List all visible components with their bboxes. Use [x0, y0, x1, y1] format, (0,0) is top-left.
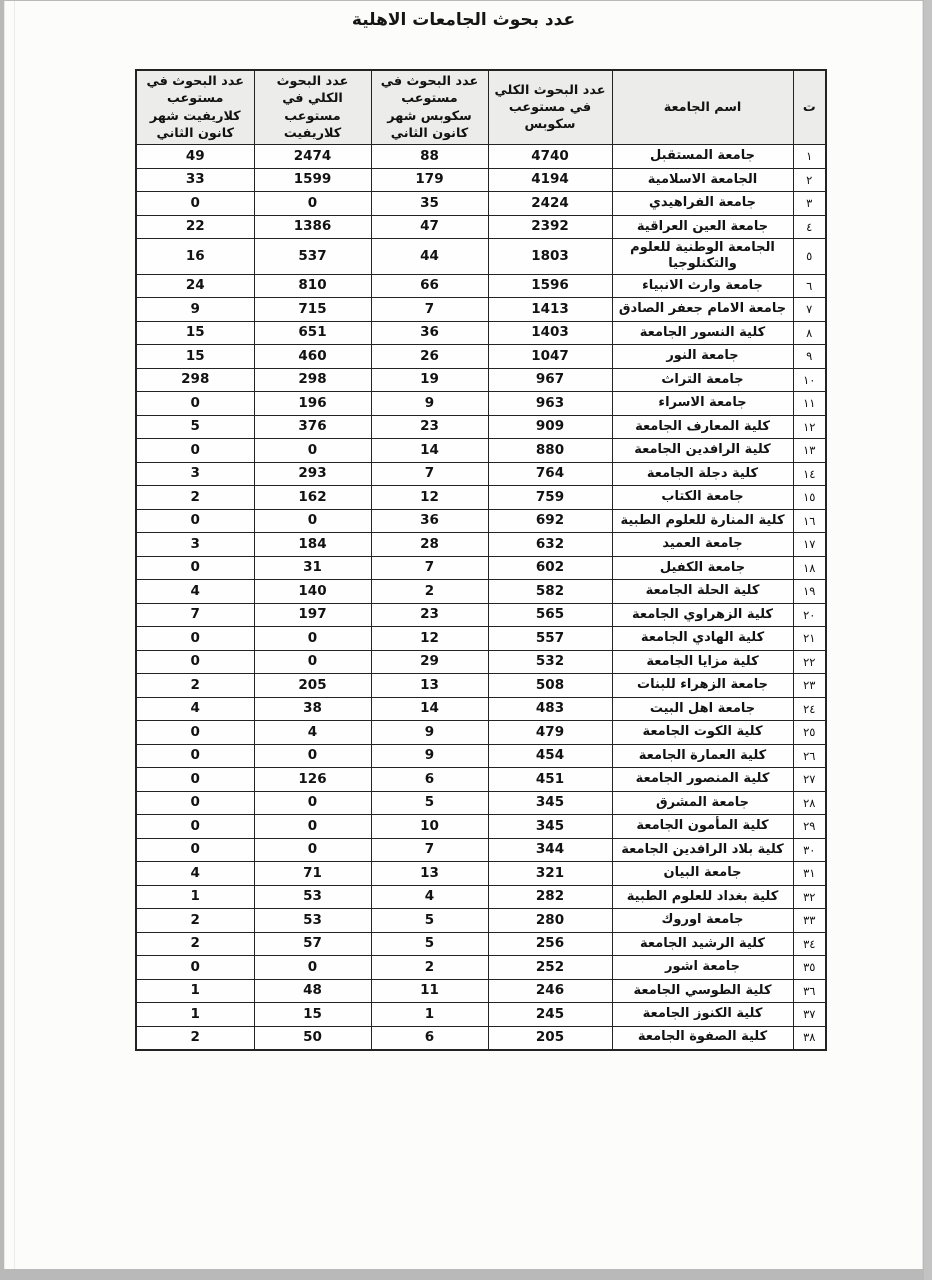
scopus-jan-cell: 28: [371, 533, 488, 557]
university-name-cell: جامعة الزهراء للبنات: [612, 674, 793, 698]
scopus-total-cell: 252: [488, 956, 612, 980]
scopus-total-cell: 345: [488, 791, 612, 815]
row-number-cell: ٢٤: [793, 697, 826, 721]
clarivate-jan-cell: 0: [136, 509, 254, 533]
clarivate-jan-cell: 2: [136, 932, 254, 956]
clarivate-jan-cell: 33: [136, 168, 254, 192]
university-name-cell: جامعة العين العراقية: [612, 215, 793, 239]
scopus-total-cell: 764: [488, 462, 612, 486]
scopus-total-cell: 1803: [488, 239, 612, 275]
clarivate-jan-cell: 22: [136, 215, 254, 239]
scopus-total-cell: 532: [488, 650, 612, 674]
scopus-total-cell: 344: [488, 838, 612, 862]
table-row: ٣١جامعة البيان32113714: [136, 862, 826, 886]
row-number-cell: ٣٣: [793, 909, 826, 933]
clarivate-jan-cell: 2: [136, 674, 254, 698]
scopus-total-cell: 2392: [488, 215, 612, 239]
university-name-cell: كلية مزايا الجامعة: [612, 650, 793, 674]
scopus-jan-cell: 14: [371, 697, 488, 721]
row-number-cell: ٢٨: [793, 791, 826, 815]
university-name-cell: جامعة المشرق: [612, 791, 793, 815]
table-row: ١٠جامعة التراث96719298298: [136, 368, 826, 392]
university-name-cell: جامعة الكتاب: [612, 486, 793, 510]
scopus-jan-cell: 7: [371, 462, 488, 486]
university-name-cell: جامعة الامام جعفر الصادق: [612, 298, 793, 322]
university-name-cell: جامعة الاسراء: [612, 392, 793, 416]
clarivate-total-cell: 293: [254, 462, 371, 486]
university-name-cell: جامعة النور: [612, 345, 793, 369]
university-name-cell: كلية المنصور الجامعة: [612, 768, 793, 792]
row-number-cell: ٣٤: [793, 932, 826, 956]
scopus-total-cell: 1403: [488, 321, 612, 345]
table-row: ٢٧كلية المنصور الجامعة45161260: [136, 768, 826, 792]
university-name-cell: كلية الكنوز الجامعة: [612, 1003, 793, 1027]
scopus-total-cell: 479: [488, 721, 612, 745]
scopus-total-cell: 692: [488, 509, 612, 533]
clarivate-jan-cell: 4: [136, 580, 254, 604]
clarivate-total-cell: 537: [254, 239, 371, 275]
document-page: عدد بحوث الجامعات الاهلية ت اسم الجامعة …: [4, 1, 923, 1269]
page-title: عدد بحوث الجامعات الاهلية: [5, 10, 922, 30]
clarivate-total-cell: 140: [254, 580, 371, 604]
scopus-jan-cell: 6: [371, 768, 488, 792]
scopus-jan-cell: 7: [371, 838, 488, 862]
clarivate-jan-cell: 4: [136, 862, 254, 886]
clarivate-jan-cell: 24: [136, 274, 254, 298]
row-number-cell: ١١: [793, 392, 826, 416]
header-row-number: ت: [793, 70, 826, 145]
table-row: ٢٤جامعة اهل البيت48314384: [136, 697, 826, 721]
clarivate-total-cell: 48: [254, 979, 371, 1003]
clarivate-jan-cell: 15: [136, 345, 254, 369]
scopus-total-cell: 602: [488, 556, 612, 580]
clarivate-jan-cell: 4: [136, 697, 254, 721]
clarivate-jan-cell: 0: [136, 439, 254, 463]
scopus-total-cell: 909: [488, 415, 612, 439]
table-row: ٦جامعة وارث الانبياء15966681024: [136, 274, 826, 298]
scopus-jan-cell: 88: [371, 145, 488, 169]
university-name-cell: كلية بغداد للعلوم الطبية: [612, 885, 793, 909]
scopus-jan-cell: 5: [371, 909, 488, 933]
university-name-cell: جامعة العميد: [612, 533, 793, 557]
university-name-cell: كلية العمارة الجامعة: [612, 744, 793, 768]
clarivate-jan-cell: 2: [136, 1026, 254, 1050]
clarivate-total-cell: 197: [254, 603, 371, 627]
row-number-cell: ٧: [793, 298, 826, 322]
university-name-cell: جامعة الفراهيدي: [612, 192, 793, 216]
scopus-jan-cell: 4: [371, 885, 488, 909]
scopus-jan-cell: 23: [371, 603, 488, 627]
clarivate-total-cell: 0: [254, 439, 371, 463]
row-number-cell: ٢٠: [793, 603, 826, 627]
row-number-cell: ٣٨: [793, 1026, 826, 1050]
table-row: ٢٨جامعة المشرق345500: [136, 791, 826, 815]
clarivate-total-cell: 460: [254, 345, 371, 369]
clarivate-jan-cell: 0: [136, 650, 254, 674]
scopus-jan-cell: 14: [371, 439, 488, 463]
scopus-jan-cell: 44: [371, 239, 488, 275]
clarivate-total-cell: 0: [254, 650, 371, 674]
clarivate-total-cell: 50: [254, 1026, 371, 1050]
clarivate-jan-cell: 0: [136, 838, 254, 862]
row-number-cell: ٣٢: [793, 885, 826, 909]
clarivate-total-cell: 651: [254, 321, 371, 345]
clarivate-total-cell: 715: [254, 298, 371, 322]
table-row: ٣٠كلية بلاد الرافدين الجامعة344700: [136, 838, 826, 862]
clarivate-jan-cell: 1: [136, 979, 254, 1003]
clarivate-jan-cell: 0: [136, 627, 254, 651]
universities-research-table: ت اسم الجامعة عدد البحوث الكلي في مستوعب…: [135, 69, 827, 1051]
clarivate-jan-cell: 15: [136, 321, 254, 345]
clarivate-total-cell: 53: [254, 885, 371, 909]
scopus-jan-cell: 6: [371, 1026, 488, 1050]
university-name-cell: كلية الهادي الجامعة: [612, 627, 793, 651]
clarivate-jan-cell: 9: [136, 298, 254, 322]
row-number-cell: ٢٢: [793, 650, 826, 674]
clarivate-jan-cell: 2: [136, 486, 254, 510]
clarivate-jan-cell: 49: [136, 145, 254, 169]
scopus-jan-cell: 66: [371, 274, 488, 298]
table-row: ١جامعة المستقبل474088247449: [136, 145, 826, 169]
clarivate-total-cell: 126: [254, 768, 371, 792]
table-header: ت اسم الجامعة عدد البحوث الكلي في مستوعب…: [136, 70, 826, 145]
university-name-cell: الجامعة الاسلامية: [612, 168, 793, 192]
clarivate-jan-cell: 1: [136, 885, 254, 909]
scopus-total-cell: 2424: [488, 192, 612, 216]
clarivate-jan-cell: 3: [136, 533, 254, 557]
clarivate-jan-cell: 16: [136, 239, 254, 275]
scopus-total-cell: 451: [488, 768, 612, 792]
clarivate-total-cell: 38: [254, 697, 371, 721]
table-row: ١٨جامعة الكفيل6027310: [136, 556, 826, 580]
scopus-total-cell: 508: [488, 674, 612, 698]
table-row: ١٣كلية الرافدين الجامعة8801400: [136, 439, 826, 463]
scopus-total-cell: 1596: [488, 274, 612, 298]
clarivate-total-cell: 0: [254, 838, 371, 862]
scopus-total-cell: 1047: [488, 345, 612, 369]
scopus-jan-cell: 9: [371, 744, 488, 768]
clarivate-total-cell: 2474: [254, 145, 371, 169]
scopus-total-cell: 483: [488, 697, 612, 721]
university-name-cell: جامعة الكفيل: [612, 556, 793, 580]
clarivate-jan-cell: 0: [136, 768, 254, 792]
scopus-jan-cell: 19: [371, 368, 488, 392]
university-name-cell: كلية المنارة للعلوم الطبية: [612, 509, 793, 533]
scopus-total-cell: 4194: [488, 168, 612, 192]
clarivate-total-cell: 57: [254, 932, 371, 956]
table-row: ٧جامعة الامام جعفر الصادق141377159: [136, 298, 826, 322]
scopus-total-cell: 963: [488, 392, 612, 416]
clarivate-total-cell: 0: [254, 956, 371, 980]
table-row: ٢٢كلية مزايا الجامعة5322900: [136, 650, 826, 674]
row-number-cell: ٢٦: [793, 744, 826, 768]
row-number-cell: ٨: [793, 321, 826, 345]
clarivate-total-cell: 205: [254, 674, 371, 698]
scopus-jan-cell: 11: [371, 979, 488, 1003]
row-number-cell: ٩: [793, 345, 826, 369]
clarivate-total-cell: 1386: [254, 215, 371, 239]
row-number-cell: ٥: [793, 239, 826, 275]
university-name-cell: كلية الرشيد الجامعة: [612, 932, 793, 956]
clarivate-jan-cell: 0: [136, 721, 254, 745]
scopus-total-cell: 632: [488, 533, 612, 557]
university-name-cell: جامعة اهل البيت: [612, 697, 793, 721]
university-name-cell: كلية الحلة الجامعة: [612, 580, 793, 604]
clarivate-total-cell: 376: [254, 415, 371, 439]
table-row: ٨كلية النسور الجامعة14033665115: [136, 321, 826, 345]
scopus-jan-cell: 2: [371, 956, 488, 980]
clarivate-jan-cell: 0: [136, 815, 254, 839]
clarivate-total-cell: 15: [254, 1003, 371, 1027]
scopus-jan-cell: 2: [371, 580, 488, 604]
scopus-total-cell: 245: [488, 1003, 612, 1027]
row-number-cell: ١٦: [793, 509, 826, 533]
row-number-cell: ٦: [793, 274, 826, 298]
row-number-cell: ٣٥: [793, 956, 826, 980]
university-name-cell: كلية دجلة الجامعة: [612, 462, 793, 486]
row-number-cell: ١٨: [793, 556, 826, 580]
scopus-total-cell: 256: [488, 932, 612, 956]
university-name-cell: كلية الزهراوي الجامعة: [612, 603, 793, 627]
clarivate-total-cell: 298: [254, 368, 371, 392]
scopus-total-cell: 4740: [488, 145, 612, 169]
scopus-total-cell: 282: [488, 885, 612, 909]
row-number-cell: ٢٣: [793, 674, 826, 698]
table-row: ٣٣جامعة اوروك2805532: [136, 909, 826, 933]
table-row: ١٤كلية دجلة الجامعة76472933: [136, 462, 826, 486]
university-name-cell: كلية بلاد الرافدين الجامعة: [612, 838, 793, 862]
scopus-jan-cell: 29: [371, 650, 488, 674]
clarivate-jan-cell: 7: [136, 603, 254, 627]
clarivate-jan-cell: 0: [136, 791, 254, 815]
table-row: ٣٦كلية الطوسي الجامعة24611481: [136, 979, 826, 1003]
university-name-cell: جامعة التراث: [612, 368, 793, 392]
scopus-total-cell: 205: [488, 1026, 612, 1050]
scopus-total-cell: 321: [488, 862, 612, 886]
clarivate-total-cell: 4: [254, 721, 371, 745]
table-row: ١٥جامعة الكتاب759121622: [136, 486, 826, 510]
row-number-cell: ٣٠: [793, 838, 826, 862]
scopus-total-cell: 557: [488, 627, 612, 651]
clarivate-total-cell: 162: [254, 486, 371, 510]
university-name-cell: جامعة اشور: [612, 956, 793, 980]
table-row: ١١جامعة الاسراء96391960: [136, 392, 826, 416]
scopus-jan-cell: 47: [371, 215, 488, 239]
table-row: ٣٤كلية الرشيد الجامعة2565572: [136, 932, 826, 956]
table-row: ٢الجامعة الاسلامية4194179159933: [136, 168, 826, 192]
scopus-jan-cell: 10: [371, 815, 488, 839]
clarivate-total-cell: 53: [254, 909, 371, 933]
scopus-jan-cell: 12: [371, 627, 488, 651]
header-university-name: اسم الجامعة: [612, 70, 793, 145]
row-number-cell: ١: [793, 145, 826, 169]
clarivate-total-cell: 1599: [254, 168, 371, 192]
scopus-jan-cell: 26: [371, 345, 488, 369]
row-number-cell: ١٣: [793, 439, 826, 463]
scopus-total-cell: 565: [488, 603, 612, 627]
scopus-jan-cell: 35: [371, 192, 488, 216]
scopus-total-cell: 967: [488, 368, 612, 392]
scopus-total-cell: 280: [488, 909, 612, 933]
scopus-total-cell: 759: [488, 486, 612, 510]
clarivate-jan-cell: 0: [136, 556, 254, 580]
clarivate-jan-cell: 0: [136, 744, 254, 768]
university-name-cell: كلية الرافدين الجامعة: [612, 439, 793, 463]
scopus-total-cell: 246: [488, 979, 612, 1003]
header-clarivate-january: عدد البحوث في مستوعب كلاريفيت شهر كانون …: [136, 70, 254, 145]
clarivate-total-cell: 71: [254, 862, 371, 886]
row-number-cell: ١٠: [793, 368, 826, 392]
university-name-cell: جامعة وارث الانبياء: [612, 274, 793, 298]
clarivate-jan-cell: 3: [136, 462, 254, 486]
row-number-cell: ٤: [793, 215, 826, 239]
row-number-cell: ٢١: [793, 627, 826, 651]
university-name-cell: جامعة البيان: [612, 862, 793, 886]
clarivate-jan-cell: 0: [136, 392, 254, 416]
clarivate-total-cell: 196: [254, 392, 371, 416]
row-number-cell: ١٧: [793, 533, 826, 557]
scopus-jan-cell: 9: [371, 392, 488, 416]
header-clarivate-total: عدد البحوث الكلي في مستوعب كلاريفيت: [254, 70, 371, 145]
table-row: ٥الجامعة الوطنية للعلوم والتكنلوجيا18034…: [136, 239, 826, 275]
table-row: ٣٧كلية الكنوز الجامعة2451151: [136, 1003, 826, 1027]
university-name-cell: كلية الصفوة الجامعة: [612, 1026, 793, 1050]
table-row: ٣٨كلية الصفوة الجامعة2056502: [136, 1026, 826, 1050]
clarivate-total-cell: 0: [254, 744, 371, 768]
table-row: ٢١كلية الهادي الجامعة5571200: [136, 627, 826, 651]
scopus-jan-cell: 36: [371, 509, 488, 533]
table-row: ٢٦كلية العمارة الجامعة454900: [136, 744, 826, 768]
clarivate-jan-cell: 0: [136, 956, 254, 980]
row-number-cell: ٢٩: [793, 815, 826, 839]
table-row: ٢٣جامعة الزهراء للبنات508132052: [136, 674, 826, 698]
clarivate-jan-cell: 5: [136, 415, 254, 439]
row-number-cell: ٢: [793, 168, 826, 192]
table-row: ٢٥كلية الكوت الجامعة479940: [136, 721, 826, 745]
scopus-total-cell: 582: [488, 580, 612, 604]
clarivate-total-cell: 0: [254, 192, 371, 216]
scopus-jan-cell: 36: [371, 321, 488, 345]
scopus-jan-cell: 9: [371, 721, 488, 745]
row-number-cell: ١٢: [793, 415, 826, 439]
scopus-total-cell: 345: [488, 815, 612, 839]
clarivate-jan-cell: 0: [136, 192, 254, 216]
table-row: ١٩كلية الحلة الجامعة58221404: [136, 580, 826, 604]
scopus-jan-cell: 7: [371, 556, 488, 580]
table-row: ١٢كلية المعارف الجامعة909233765: [136, 415, 826, 439]
row-number-cell: ١٤: [793, 462, 826, 486]
header-scopus-total: عدد البحوث الكلي في مستوعب سكوبس: [488, 70, 612, 145]
table-row: ٢٩كلية المأمون الجامعة3451000: [136, 815, 826, 839]
university-name-cell: كلية الكوت الجامعة: [612, 721, 793, 745]
row-number-cell: ١٩: [793, 580, 826, 604]
clarivate-total-cell: 184: [254, 533, 371, 557]
scopus-jan-cell: 5: [371, 932, 488, 956]
table-row: ٣جامعة الفراهيدي24243500: [136, 192, 826, 216]
row-number-cell: ٣٦: [793, 979, 826, 1003]
scopus-jan-cell: 179: [371, 168, 488, 192]
scopus-total-cell: 454: [488, 744, 612, 768]
header-scopus-january: عدد البحوث في مستوعب سكوبس شهر كانون الث…: [371, 70, 488, 145]
table-body: ١جامعة المستقبل474088247449٢الجامعة الاس…: [136, 145, 826, 1050]
row-number-cell: ٣٧: [793, 1003, 826, 1027]
scopus-jan-cell: 1: [371, 1003, 488, 1027]
university-name-cell: كلية النسور الجامعة: [612, 321, 793, 345]
university-name-cell: جامعة اوروك: [612, 909, 793, 933]
row-number-cell: ١٥: [793, 486, 826, 510]
scopus-total-cell: 880: [488, 439, 612, 463]
scopus-jan-cell: 23: [371, 415, 488, 439]
university-name-cell: كلية المعارف الجامعة: [612, 415, 793, 439]
clarivate-total-cell: 0: [254, 627, 371, 651]
row-number-cell: ٣: [793, 192, 826, 216]
university-name-cell: جامعة المستقبل: [612, 145, 793, 169]
clarivate-jan-cell: 1: [136, 1003, 254, 1027]
table-row: ٢٠كلية الزهراوي الجامعة565231977: [136, 603, 826, 627]
header-row: ت اسم الجامعة عدد البحوث الكلي في مستوعب…: [136, 70, 826, 145]
table-row: ٩جامعة النور10472646015: [136, 345, 826, 369]
scan-background: عدد بحوث الجامعات الاهلية ت اسم الجامعة …: [0, 0, 932, 1280]
university-name-cell: كلية المأمون الجامعة: [612, 815, 793, 839]
scopus-jan-cell: 13: [371, 674, 488, 698]
scopus-jan-cell: 5: [371, 791, 488, 815]
clarivate-total-cell: 0: [254, 791, 371, 815]
scopus-jan-cell: 13: [371, 862, 488, 886]
clarivate-total-cell: 810: [254, 274, 371, 298]
row-number-cell: ٢٧: [793, 768, 826, 792]
table-row: ٣٢كلية بغداد للعلوم الطبية2824531: [136, 885, 826, 909]
university-name-cell: الجامعة الوطنية للعلوم والتكنلوجيا: [612, 239, 793, 275]
table-row: ٣٥جامعة اشور252200: [136, 956, 826, 980]
clarivate-total-cell: 0: [254, 509, 371, 533]
clarivate-total-cell: 31: [254, 556, 371, 580]
clarivate-jan-cell: 298: [136, 368, 254, 392]
table-row: ٤جامعة العين العراقية239247138622: [136, 215, 826, 239]
clarivate-total-cell: 0: [254, 815, 371, 839]
clarivate-jan-cell: 2: [136, 909, 254, 933]
table-row: ١٧جامعة العميد632281843: [136, 533, 826, 557]
scopus-total-cell: 1413: [488, 298, 612, 322]
university-name-cell: كلية الطوسي الجامعة: [612, 979, 793, 1003]
row-number-cell: ٣١: [793, 862, 826, 886]
table-row: ١٦كلية المنارة للعلوم الطبية6923600: [136, 509, 826, 533]
scopus-jan-cell: 12: [371, 486, 488, 510]
row-number-cell: ٢٥: [793, 721, 826, 745]
scopus-jan-cell: 7: [371, 298, 488, 322]
